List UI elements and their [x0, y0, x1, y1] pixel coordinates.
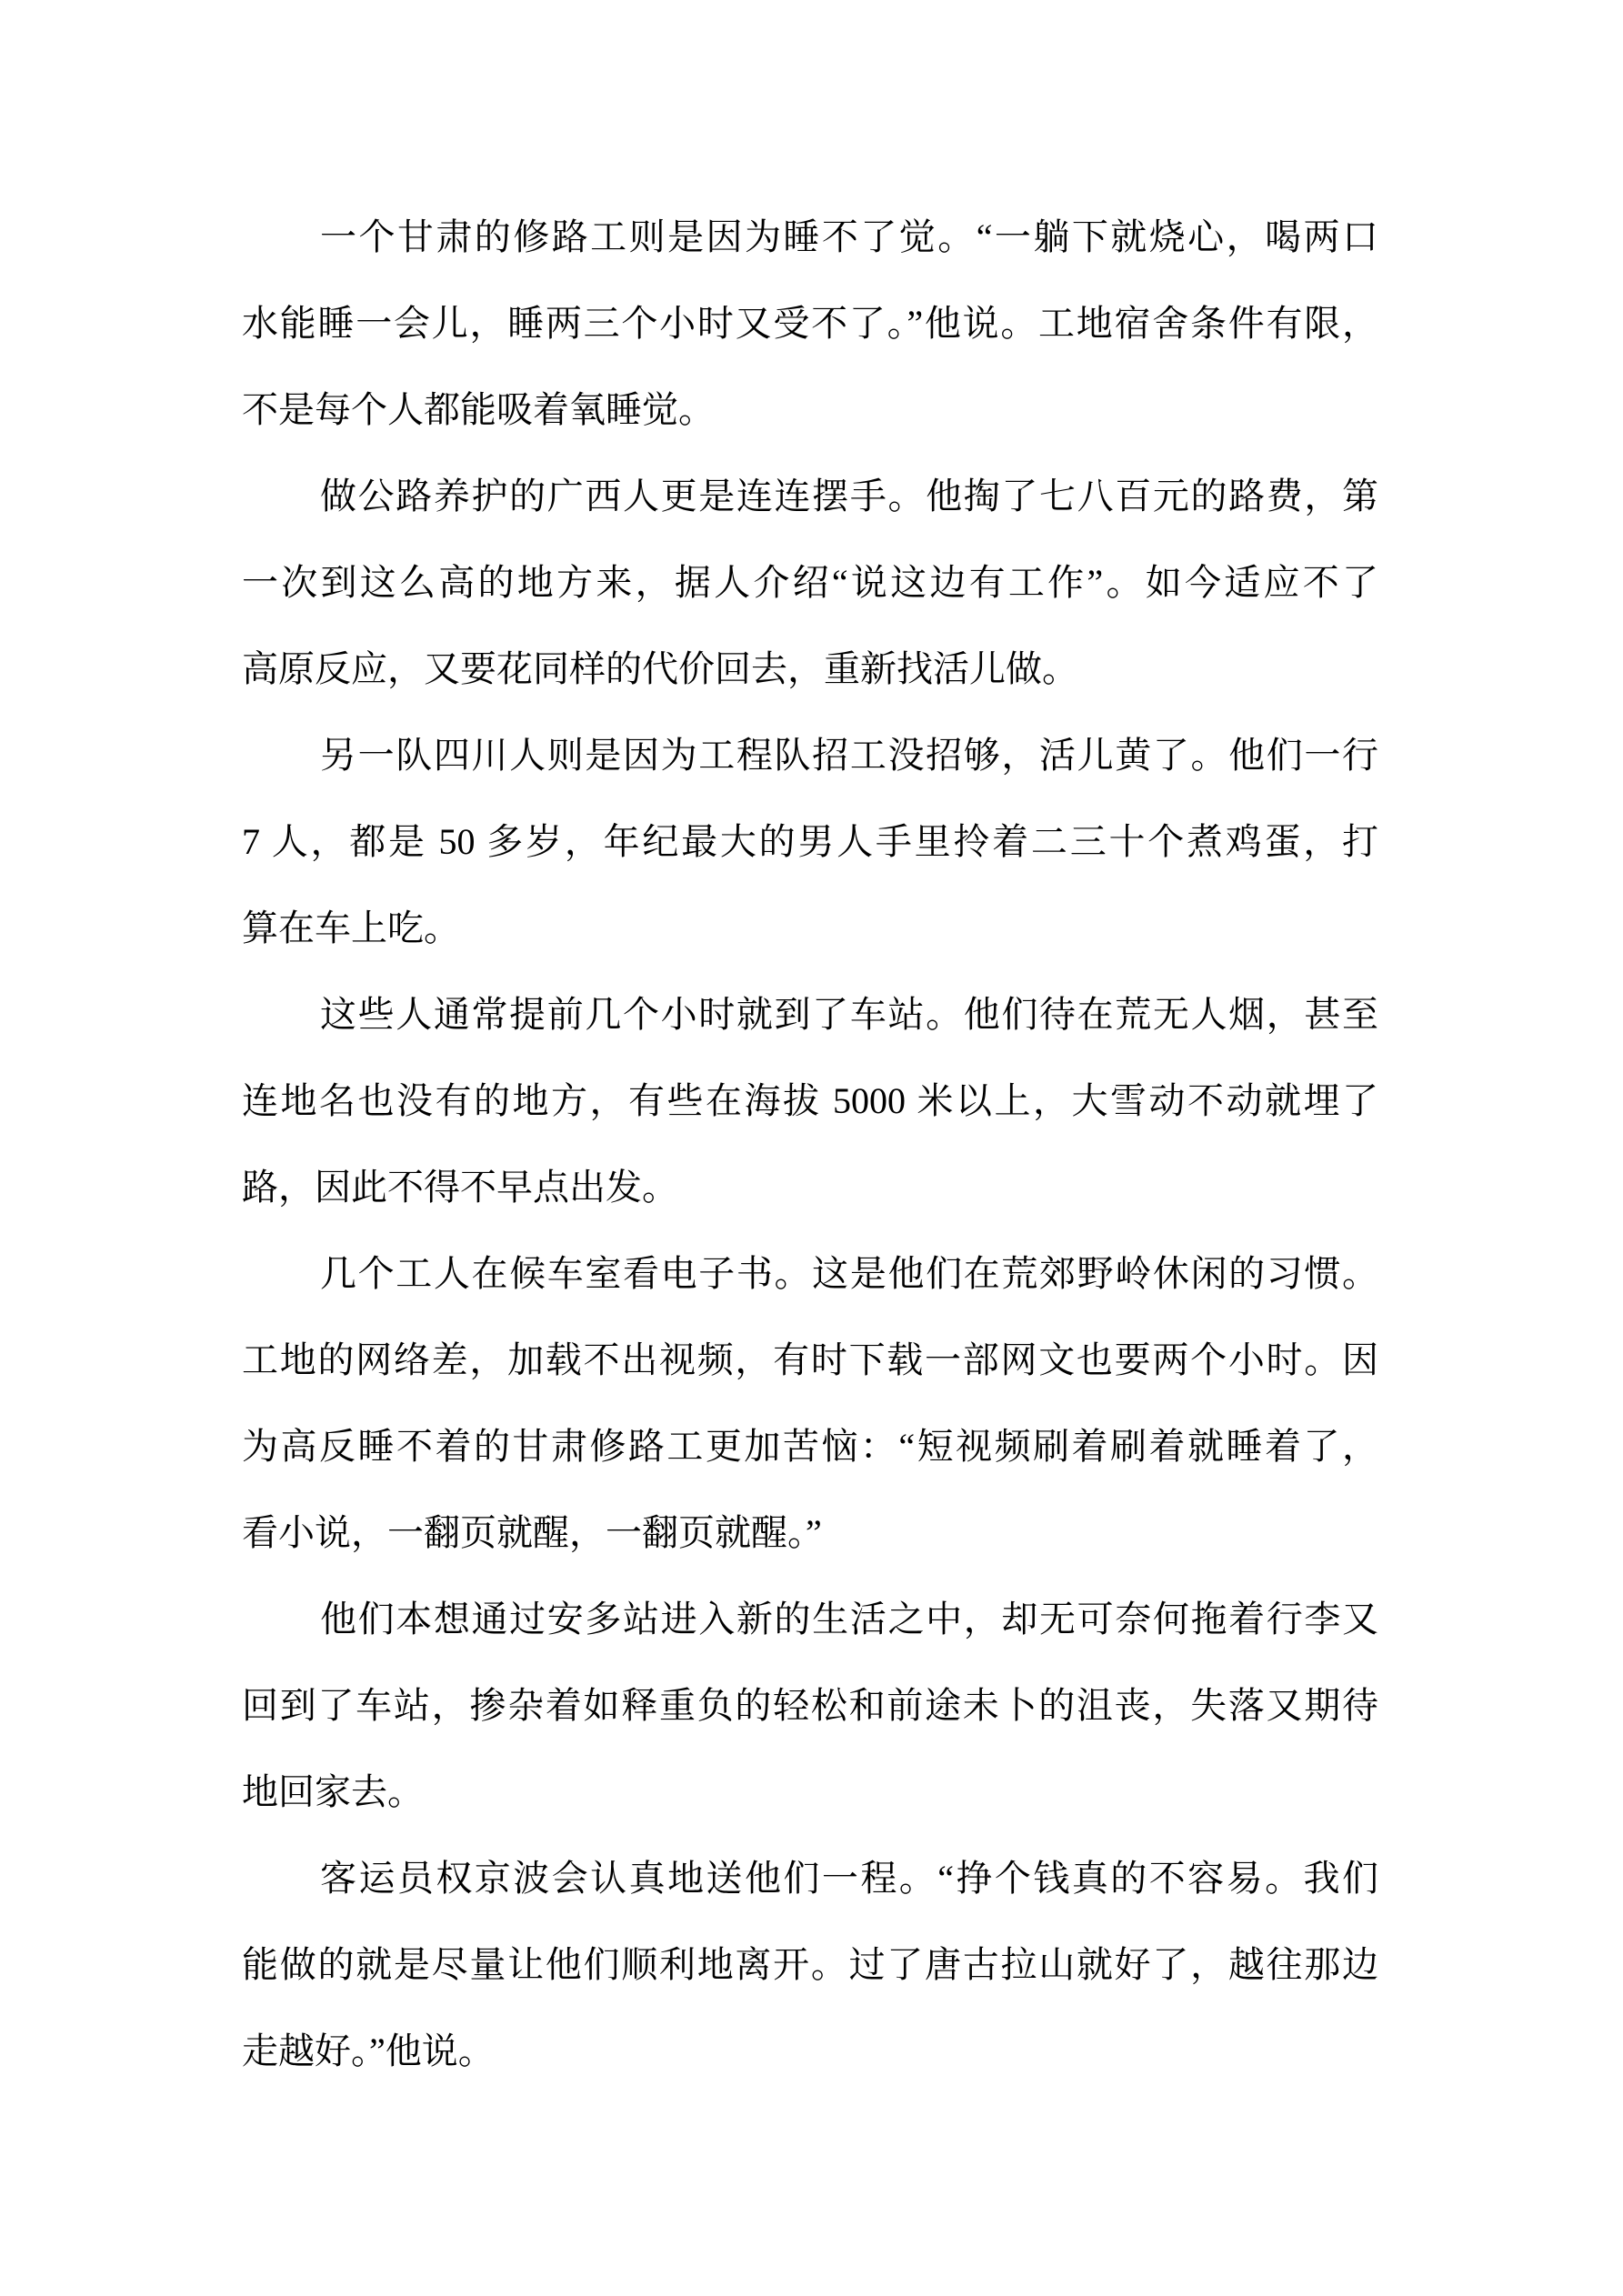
- paragraph-6: 他们本想通过安多站进入新的生活之中，却无可奈何拖着行李又 回到了车站，掺杂着如释…: [242, 1576, 1378, 1835]
- text-line: 走越好。”他说。: [242, 2008, 1378, 2094]
- text-line: 看小说，一翻页就醒，一翻页就醒。”: [242, 1489, 1378, 1576]
- text-line: 能做的就是尽量让他们顺利地离开。过了唐古拉山就好了，越往那边: [242, 1921, 1378, 2008]
- paragraph-4: 这些人通常提前几个小时就到了车站。他们待在荒无人烟，甚至 连地名也没有的地方，有…: [242, 971, 1378, 1230]
- text-line: 路，因此不得不早点出发。: [242, 1144, 1378, 1230]
- text-line: 回到了车站，掺杂着如释重负的轻松和前途未卜的沮丧，失落又期待: [242, 1662, 1378, 1749]
- text-line: 一次到这么高的地方来，据人介绍“说这边有工作”。如今适应不了: [242, 539, 1378, 626]
- text-block: 一个甘肃的修路工则是因为睡不了觉。“一躺下就烧心，喝两口 水能睡一会儿，睡两三个…: [242, 194, 1378, 2094]
- text-line: 7 人，都是 50 多岁，年纪最大的男人手里拎着二三十个煮鸡蛋，打: [242, 798, 1378, 885]
- text-line: 几个工人在候车室看电子书。这是他们在荒郊野岭休闲的习惯。: [242, 1230, 1378, 1317]
- text-line: 连地名也没有的地方，有些在海拔 5000 米以上，大雪动不动就埋了: [242, 1058, 1378, 1144]
- text-line: 一个甘肃的修路工则是因为睡不了觉。“一躺下就烧心，喝两口: [242, 194, 1378, 280]
- text-line: 这些人通常提前几个小时就到了车站。他们待在荒无人烟，甚至: [242, 971, 1378, 1058]
- text-line: 算在车上吃。: [242, 885, 1378, 971]
- text-line: 水能睡一会儿，睡两三个小时又受不了。”他说。工地宿舍条件有限，: [242, 280, 1378, 366]
- text-line: 做公路养护的广西人更是连连摆手。他掏了七八百元的路费，第: [242, 453, 1378, 539]
- paragraph-7: 客运员权京波会认真地送他们一程。“挣个钱真的不容易。我们 能做的就是尽量让他们顺…: [242, 1835, 1378, 2094]
- paragraph-1: 一个甘肃的修路工则是因为睡不了觉。“一躺下就烧心，喝两口 水能睡一会儿，睡两三个…: [242, 194, 1378, 453]
- text-line: 另一队四川人则是因为工程队招工没招够，活儿黄了。他们一行: [242, 712, 1378, 798]
- text-line: 地回家去。: [242, 1749, 1378, 1835]
- text-line: 不是每个人都能吸着氧睡觉。: [242, 366, 1378, 453]
- paragraph-5: 几个工人在候车室看电子书。这是他们在荒郊野岭休闲的习惯。 工地的网络差，加载不出…: [242, 1230, 1378, 1576]
- paragraph-2: 做公路养护的广西人更是连连摆手。他掏了七八百元的路费，第 一次到这么高的地方来，…: [242, 453, 1378, 712]
- text-line: 为高反睡不着的甘肃修路工更加苦恼：“短视频刷着刷着就睡着了，: [242, 1403, 1378, 1489]
- text-line: 高原反应，又要花同样的代价回去，重新找活儿做。: [242, 626, 1378, 712]
- paragraph-3: 另一队四川人则是因为工程队招工没招够，活儿黄了。他们一行 7 人，都是 50 多…: [242, 712, 1378, 971]
- text-line: 工地的网络差，加载不出视频，有时下载一部网文也要两个小时。因: [242, 1317, 1378, 1403]
- text-line: 客运员权京波会认真地送他们一程。“挣个钱真的不容易。我们: [242, 1835, 1378, 1921]
- document-page: 一个甘肃的修路工则是因为睡不了觉。“一躺下就烧心，喝两口 水能睡一会儿，睡两三个…: [0, 0, 1623, 2296]
- text-line: 他们本想通过安多站进入新的生活之中，却无可奈何拖着行李又: [242, 1576, 1378, 1662]
